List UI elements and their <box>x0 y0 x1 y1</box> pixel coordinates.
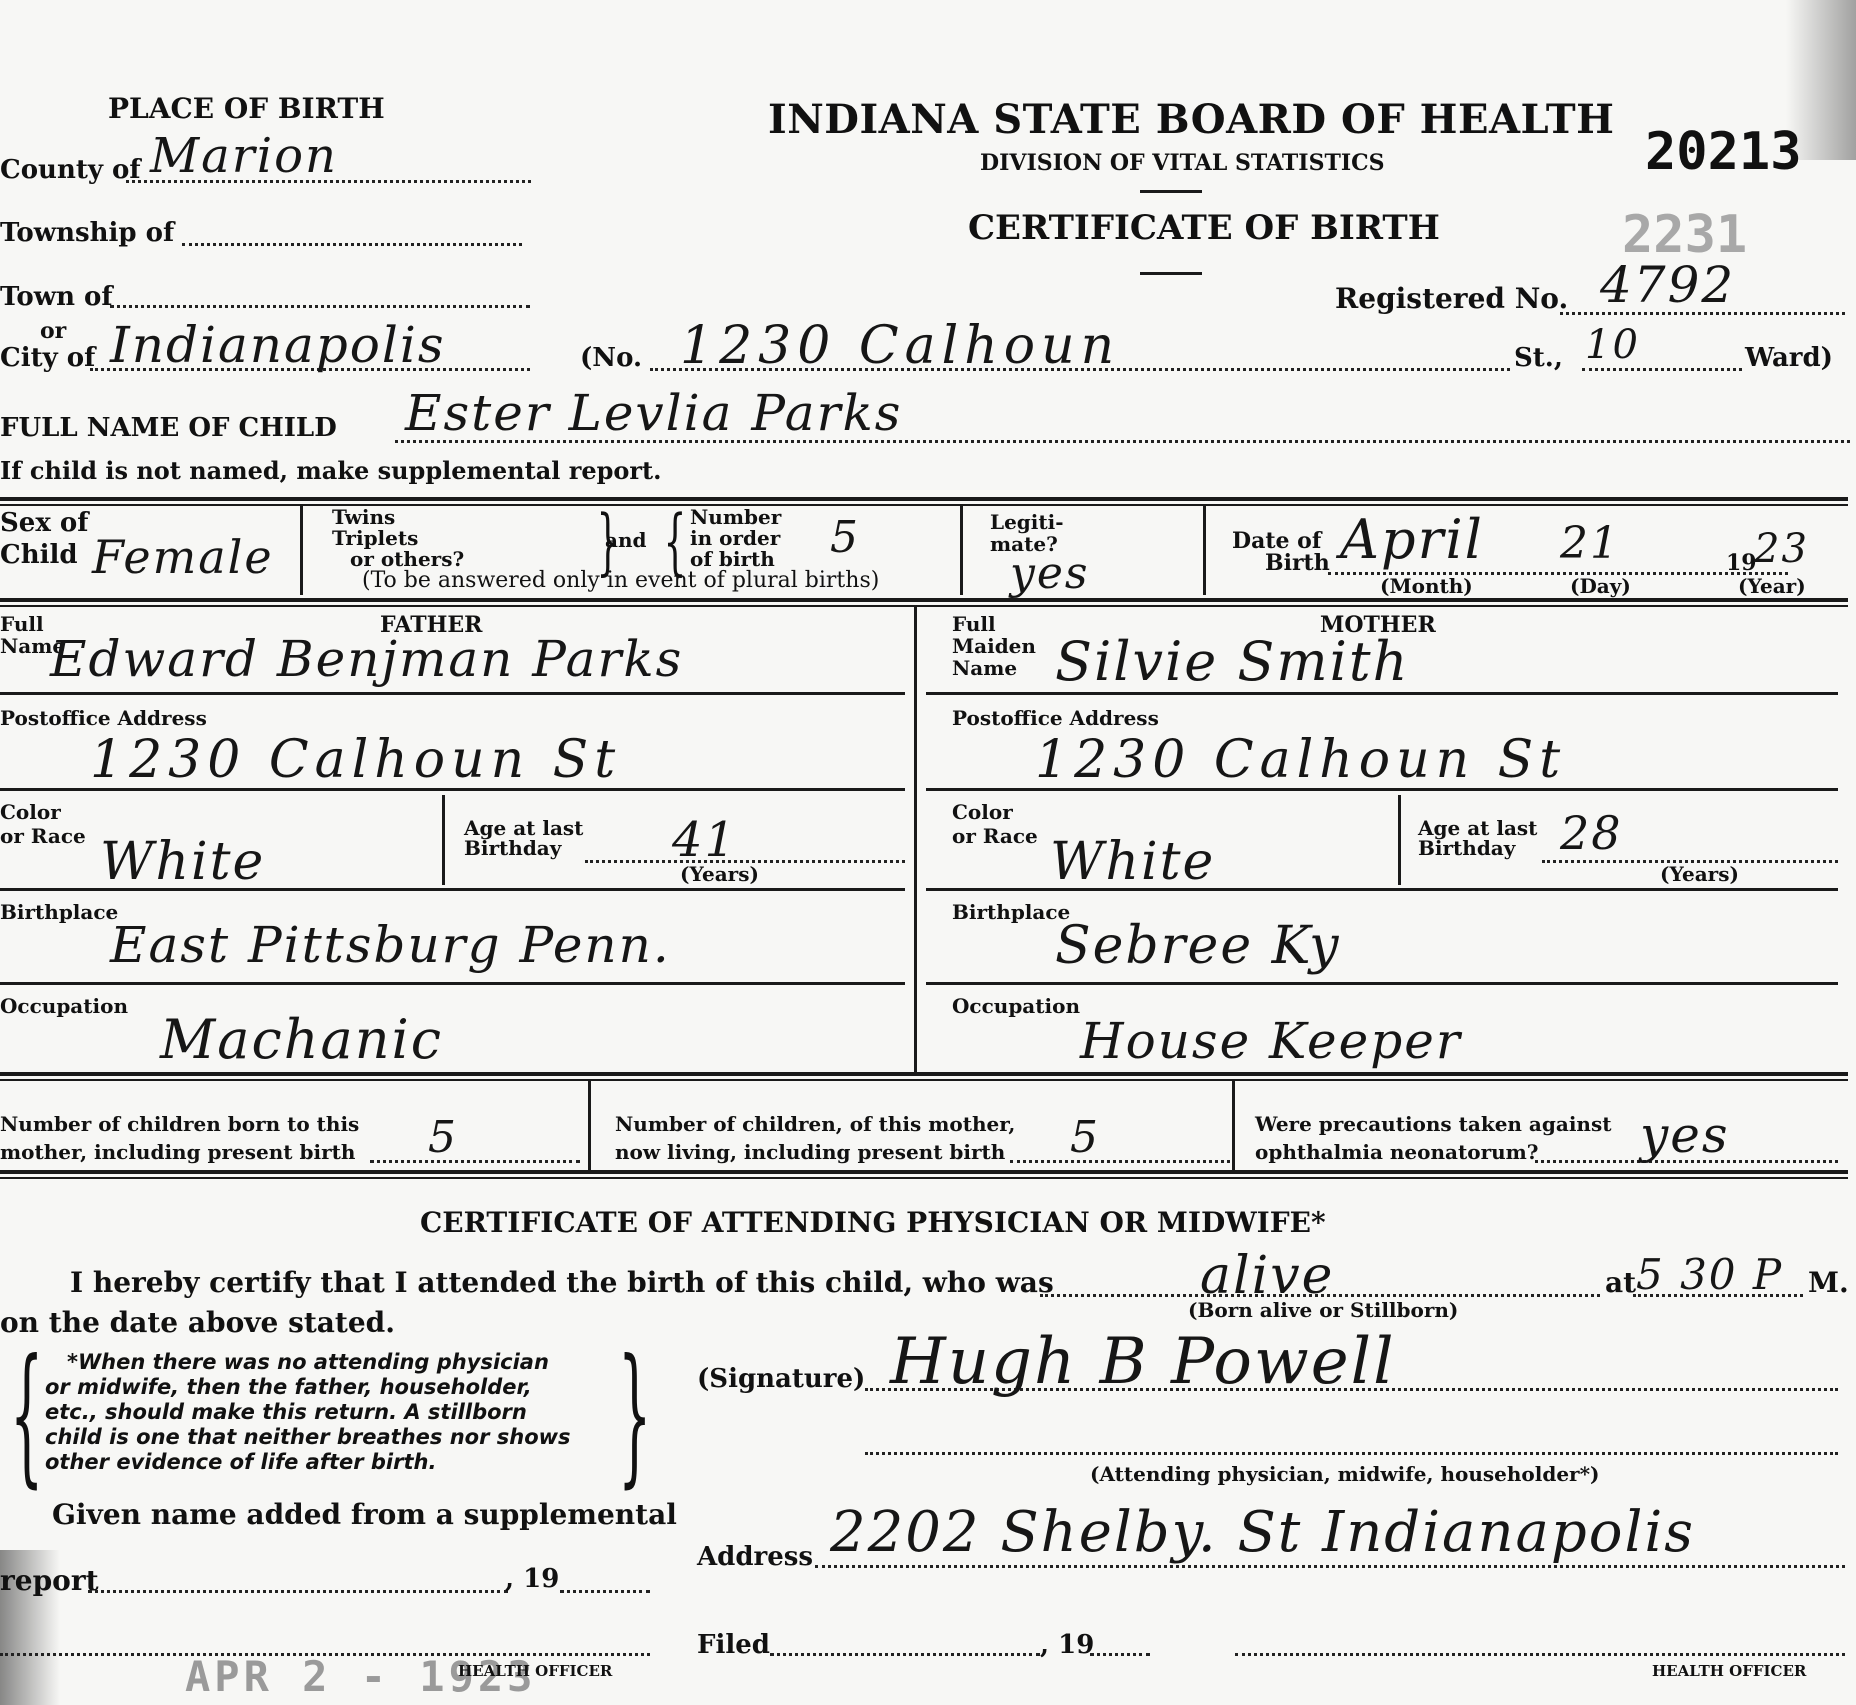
footnote-left-brace-icon: { <box>10 1340 43 1490</box>
certificate-title: CERTIFICATE OF BIRTH <box>968 208 1440 248</box>
mother-address-label: Postoffice Address <box>952 706 1159 730</box>
child-name-label: FULL NAME OF CHILD <box>0 413 337 443</box>
footnote-line: or midwife, then the father, householder… <box>45 1375 571 1400</box>
mother-birthplace-rule <box>926 982 1838 985</box>
day-caption: (Day) <box>1570 574 1631 598</box>
or-label: or <box>40 318 66 344</box>
divider-stats-1 <box>588 1080 591 1170</box>
father-years-caption: (Years) <box>680 862 759 886</box>
agency-title: INDIANA STATE BOARD OF HEALTH <box>768 96 1614 143</box>
title-rule-top <box>1140 190 1202 193</box>
divider-sex <box>300 505 303 595</box>
physician-address-line <box>815 1565 1845 1568</box>
township-line <box>182 243 522 246</box>
mother-occupation-value[interactable]: House Keeper <box>1080 1012 1462 1070</box>
sex-value[interactable]: Female <box>92 530 274 584</box>
divider-parents <box>914 606 917 1076</box>
born-line <box>370 1160 580 1163</box>
county-label: County of <box>0 155 141 185</box>
mother-race-label-2: or Race <box>952 824 1038 848</box>
father-occupation-label: Occupation <box>0 994 128 1018</box>
order-value[interactable]: 5 <box>830 512 860 563</box>
dob-label-2: Birth <box>1265 550 1330 576</box>
registered-value[interactable]: 4792 <box>1600 256 1735 314</box>
living-label-2: now living, including present birth <box>615 1140 1005 1164</box>
father-address-label: Postoffice Address <box>0 706 207 730</box>
at-label: at <box>1605 1266 1636 1299</box>
living-line <box>1010 1160 1230 1163</box>
mother-birthplace-value[interactable]: Sebree Ky <box>1055 916 1341 976</box>
sex-label-2: Child <box>0 540 78 570</box>
signature-value[interactable]: Hugh B Powell <box>890 1325 1396 1399</box>
report-year-prefix: , 19 <box>505 1564 559 1594</box>
rule-child-bottom <box>0 598 1848 607</box>
footnote-line: child is one that neither breathes nor s… <box>45 1425 571 1450</box>
father-name-value[interactable]: Edward Benjman Parks <box>50 630 683 688</box>
left-brace-icon: { <box>663 505 686 577</box>
year-caption: (Year) <box>1738 574 1806 598</box>
divider-legit <box>960 505 963 595</box>
filed-year-prefix: , 19 <box>1040 1630 1094 1660</box>
health-officer-right: HEALTH OFFICER <box>1652 1662 1806 1680</box>
signature-label: (Signature) <box>697 1364 865 1394</box>
footnote-right-brace-icon: } <box>618 1340 651 1490</box>
sex-label-1: Sex of <box>0 508 88 538</box>
division-subtitle: DIVISION OF VITAL STATISTICS <box>980 150 1385 176</box>
rule-child-top <box>0 497 1848 506</box>
report-year-line <box>560 1590 650 1593</box>
rule-parents-bottom <box>0 1072 1848 1081</box>
father-address-value[interactable]: 1230 Calhoun St <box>90 730 621 790</box>
street-st-label: St., <box>1514 343 1563 373</box>
father-occupation-value[interactable]: Machanic <box>160 1008 443 1071</box>
not-named-note: If child is not named, make supplemental… <box>0 456 662 485</box>
born-label-2: mother, including present birth <box>0 1140 355 1164</box>
mother-age-value[interactable]: 28 <box>1560 806 1623 860</box>
street-value[interactable]: 1230 Calhoun <box>680 316 1120 376</box>
father-race-label-1: Color <box>0 800 61 824</box>
divider-dob <box>1203 505 1206 595</box>
father-race-value[interactable]: White <box>100 832 265 892</box>
m-label: M. <box>1808 1266 1849 1299</box>
time-value[interactable]: 5 30 P <box>1636 1250 1783 1299</box>
report-line <box>88 1590 508 1593</box>
mother-address-value[interactable]: 1230 Calhoun St <box>1035 730 1566 790</box>
father-birthplace-label: Birthplace <box>0 900 118 924</box>
mother-race-label-1: Color <box>952 800 1013 824</box>
filed-line <box>770 1653 1040 1656</box>
father-address-rule <box>0 788 905 791</box>
signature-line-2 <box>865 1452 1838 1455</box>
filed-year-line <box>1090 1653 1150 1656</box>
dob-month-value[interactable]: April <box>1340 508 1484 571</box>
certify-text-2: on the date above stated. <box>0 1306 395 1339</box>
footnote-text: *When there was no attending physician o… <box>45 1350 571 1475</box>
mother-address-rule <box>926 788 1838 791</box>
street-no-label: (No. <box>580 343 642 373</box>
town-line <box>110 305 530 308</box>
born-value[interactable]: 5 <box>428 1112 458 1163</box>
city-label: City of <box>0 343 95 373</box>
child-name-value[interactable]: Ester Levlia Parks <box>405 384 902 442</box>
living-label-1: Number of children, of this mother, <box>615 1112 1015 1136</box>
footnote-line: etc., should make this return. A stillbo… <box>45 1400 571 1425</box>
report-label: report <box>0 1564 99 1597</box>
certify-text: I hereby certify that I attended the bir… <box>70 1266 1054 1299</box>
ward-line <box>1582 368 1742 371</box>
ward-label: Ward) <box>1745 343 1833 373</box>
father-birthplace-rule <box>0 982 905 985</box>
father-age-value[interactable]: 41 <box>672 812 737 868</box>
physician-heading: CERTIFICATE OF ATTENDING PHYSICIAN OR MI… <box>420 1206 1326 1239</box>
given-name-label: Given name added from a supplemental <box>52 1498 677 1531</box>
father-birthplace-value[interactable]: East Pittsburg Penn. <box>110 916 671 974</box>
county-value[interactable]: Marion <box>150 128 338 184</box>
precaution-value[interactable]: yes <box>1640 1106 1730 1164</box>
footnote-line: *When there was no attending physician <box>45 1350 571 1375</box>
township-label: Township of <box>0 218 174 248</box>
registered-label: Registered No. <box>1335 282 1568 315</box>
signature-caption: (Attending physician, midwife, household… <box>1090 1462 1600 1486</box>
mother-years-caption: (Years) <box>1660 862 1739 886</box>
rule-stats-bottom <box>0 1170 1848 1179</box>
mother-age-divider <box>1398 795 1401 885</box>
filed-label: Filed <box>697 1630 770 1660</box>
and-label: and <box>605 528 646 552</box>
father-race-rule <box>0 888 905 891</box>
mother-age-label-2: Birthday <box>1418 836 1515 860</box>
plural-note: (To be answered only in event of plural … <box>362 568 879 593</box>
legit-label-1: Legiti- <box>990 510 1064 534</box>
divider-stats-2 <box>1232 1080 1235 1170</box>
month-caption: (Month) <box>1380 574 1473 598</box>
stamp-number: 20213 <box>1645 122 1802 182</box>
place-of-birth-heading: PLACE OF BIRTH <box>108 92 385 125</box>
mother-name-label-1: Full <box>952 612 996 636</box>
mother-race-value[interactable]: White <box>1050 832 1215 892</box>
physician-address-label: Address <box>697 1542 813 1572</box>
born-label-1: Number of children born to this <box>0 1112 359 1136</box>
health-officer-right-line <box>1235 1653 1845 1656</box>
mother-name-label-3: Name <box>952 656 1017 680</box>
title-rule-bottom <box>1140 272 1202 275</box>
health-officer-left: HEALTH OFFICER <box>458 1662 612 1680</box>
precaution-label-1: Were precautions taken against <box>1255 1112 1611 1136</box>
mother-name-value[interactable]: Silvie Smith <box>1055 630 1409 693</box>
father-age-label-2: Birthday <box>464 836 561 860</box>
mother-name-label-2: Maiden <box>952 634 1036 658</box>
born-caption: (Born alive or Stillborn) <box>1188 1298 1458 1322</box>
precaution-label-2: ophthalmia neonatorum? <box>1255 1140 1539 1164</box>
city-value[interactable]: Indianapolis <box>110 316 446 374</box>
living-value[interactable]: 5 <box>1070 1112 1100 1163</box>
dob-year-prefix: 19 <box>1726 550 1757 576</box>
father-race-label-2: or Race <box>0 824 86 848</box>
dob-year-value[interactable]: 23 <box>1754 526 1809 572</box>
mother-birthplace-label: Birthplace <box>952 900 1070 924</box>
footnote-line: other evidence of life after birth. <box>45 1450 571 1475</box>
physician-address-value[interactable]: 2202 Shelby. St Indianapolis <box>830 1500 1695 1565</box>
mother-occupation-label: Occupation <box>952 994 1080 1018</box>
mother-name-rule <box>926 692 1838 695</box>
mother-race-rule <box>926 888 1838 891</box>
ward-value[interactable]: 10 <box>1585 322 1640 368</box>
town-label: Town of <box>0 282 113 312</box>
father-name-rule <box>0 692 905 695</box>
dob-day-value[interactable]: 21 <box>1560 518 1620 569</box>
father-age-divider <box>442 795 445 885</box>
legit-value[interactable]: yes <box>1010 548 1089 599</box>
father-name-label-1: Full <box>0 612 44 636</box>
born-status-value[interactable]: alive <box>1200 1246 1334 1306</box>
